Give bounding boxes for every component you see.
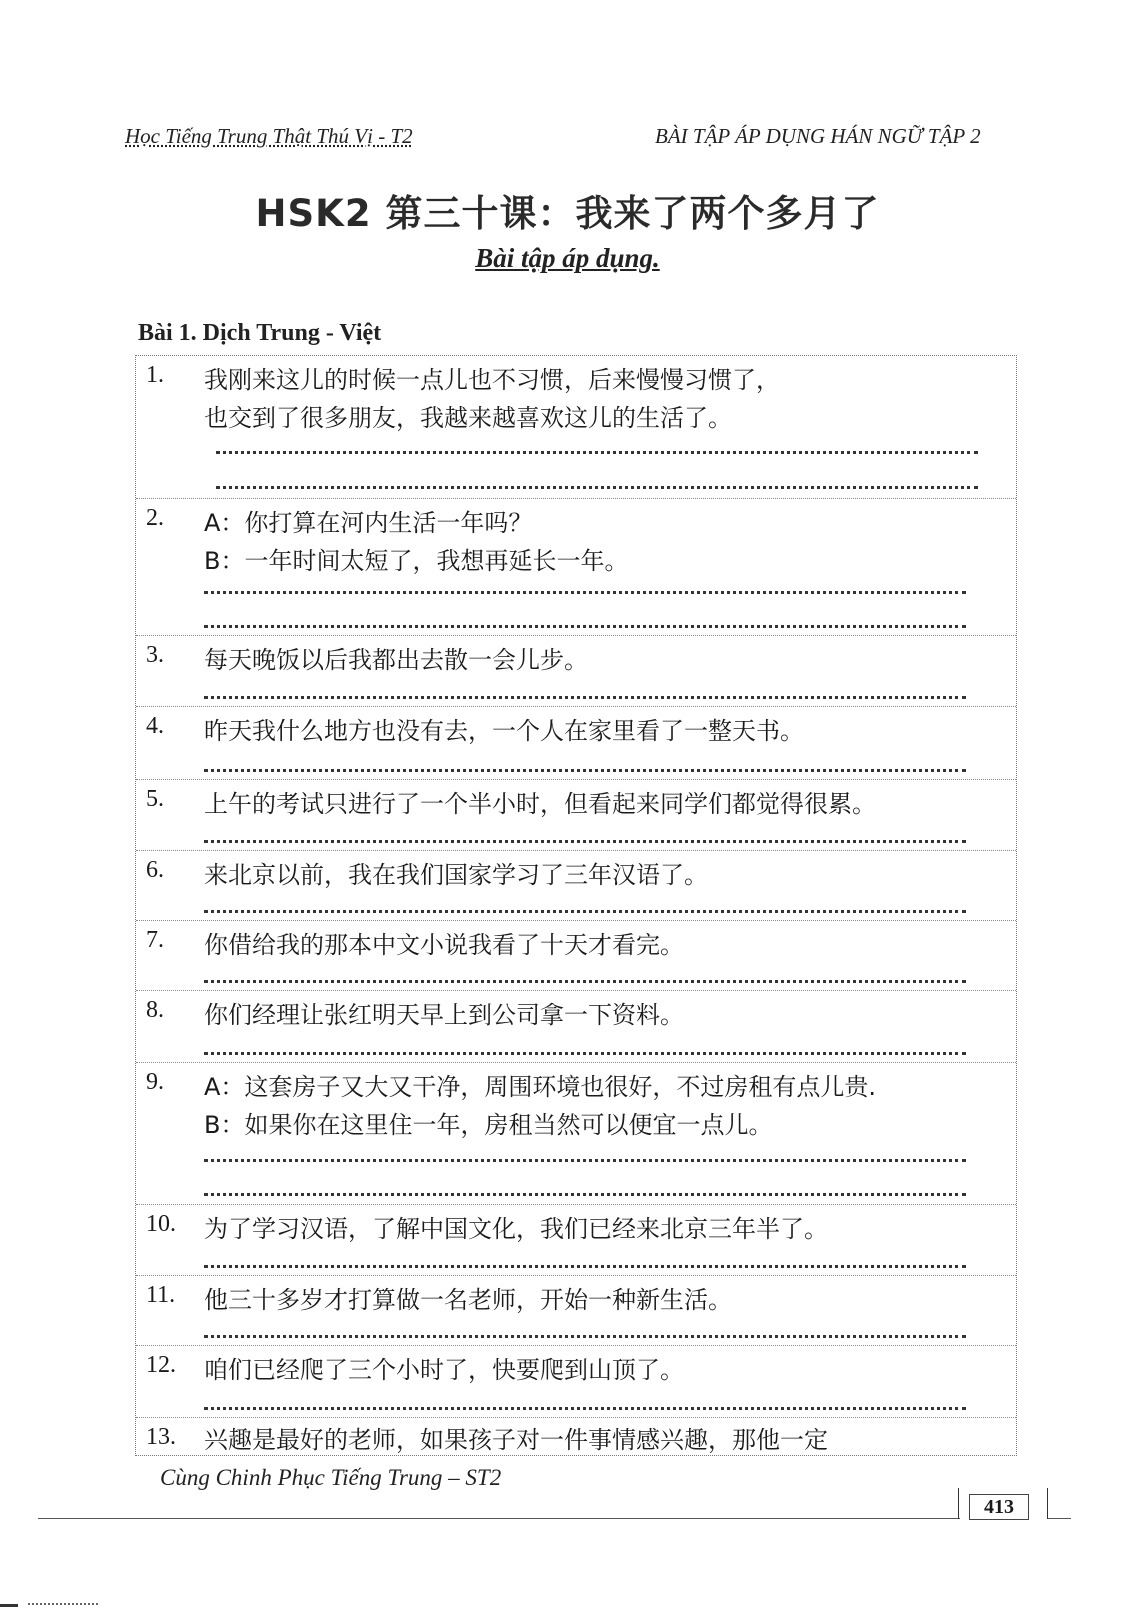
exercise-text: 咱们已经爬了三个小时了，快要爬到山顶了。 [204,1350,684,1385]
exercise-row-11: 11. 他三十多岁才打算做一名老师，开始一种新生活。 [136,1275,1016,1345]
exercise-row-10: 10. 为了学习汉语，了解中国文化，我们已经来北京三年半了。 [136,1204,1016,1275]
answer-line[interactable] [204,840,966,843]
answer-line[interactable] [216,451,978,454]
exercise-row-8: 8. 你们经理让张红明天早上到公司拿一下资料。 [136,990,1016,1062]
footer-rule [38,1518,960,1519]
exercise-number: 13. [146,1424,176,1451]
exercise-row-7: 7. 你借给我的那本中文小说我看了十天才看完。 [136,920,1016,990]
exercise-number: 10. [146,1211,176,1238]
exercise-text: 每天晚饭以后我都出去散一会儿步。 [204,640,588,675]
answer-line[interactable] [204,980,966,983]
exercise-row-13: 13. 兴趣是最好的老师，如果孩子对一件事情感兴趣，那他一定 [136,1417,1016,1455]
exercise-text: A：这套房子又大又干净，周围环境也很好，不过房租有点儿贵. [204,1067,876,1102]
answer-line[interactable] [204,1265,966,1268]
exercise-number: 2. [146,505,164,532]
page-number: 413 [969,1494,1029,1520]
exercise-text: 也交到了很多朋友，我越来越喜欢这儿的生活了。 [204,398,732,433]
exercise-row-6: 6. 来北京以前，我在我们国家学习了三年汉语了。 [136,850,1016,920]
answer-line[interactable] [204,910,966,913]
exercise-row-1: 1. 我刚来这儿的时候一点儿也不习惯，后来慢慢习惯了， 也交到了很多朋友，我越来… [136,356,1016,498]
exercise-text: 他三十多岁才打算做一名老师，开始一种新生活。 [204,1280,732,1315]
exercise-text: B：一年时间太短了，我想再延长一年。 [204,541,628,576]
exercise-text: 兴趣是最好的老师，如果孩子对一件事情感兴趣，那他一定 [204,1420,828,1455]
exercise-number: 6. [146,857,164,884]
answer-line[interactable] [204,1159,966,1162]
answer-line[interactable] [216,486,978,489]
answer-line[interactable] [204,769,966,772]
exercise-text: B：如果你在这里住一年，房租当然可以便宜一点儿。 [204,1105,772,1140]
exercise-row-5: 5. 上午的考试只进行了一个半小时，但看起来同学们都觉得很累。 [136,779,1016,850]
exercise-number: 11. [146,1282,175,1309]
exercise-text: 为了学习汉语，了解中国文化，我们已经来北京三年半了。 [204,1209,828,1244]
exercise-number: 8. [146,997,164,1024]
exercise-text: 上午的考试只进行了一个半小时，但看起来同学们都觉得很累。 [204,784,876,819]
exercise-text: 昨天我什么地方也没有去，一个人在家里看了一整天书。 [204,711,804,746]
answer-line[interactable] [204,696,966,699]
exercise-number: 5. [146,786,164,813]
answer-line[interactable] [204,1335,966,1338]
scan-artifact [28,1603,98,1609]
exercise-row-9: 9. A：这套房子又大又干净，周围环境也很好，不过房租有点儿贵. B：如果你在这… [136,1062,1016,1204]
exercise-row-3: 3. 每天晚饭以后我都出去散一会儿步。 [136,635,1016,706]
exercise-row-2: 2. A：你打算在河内生活一年吗？ B：一年时间太短了，我想再延长一年。 [136,498,1016,635]
footer-title: Cùng Chinh Phục Tiếng Trung – ST2 [160,1465,501,1491]
exercise-row-4: 4. 昨天我什么地方也没有去，一个人在家里看了一整天书。 [136,706,1016,779]
exercise-number: 1. [146,362,164,389]
exercise-text: 你借给我的那本中文小说我看了十天才看完。 [204,925,684,960]
exercise-text: 来北京以前，我在我们国家学习了三年汉语了。 [204,855,708,890]
exercise-text: 你们经理让张红明天早上到公司拿一下资料。 [204,995,684,1030]
footer-rule-right [1047,1518,1071,1519]
scan-artifact [0,1604,18,1607]
exercise-text: A：你打算在河内生活一年吗？ [204,503,532,538]
answer-line[interactable] [204,1407,966,1410]
running-header-left: Học Tiếng Trung Thật Thú Vị - T2 [125,124,413,149]
exercise-table: 1. 我刚来这儿的时候一点儿也不习惯，后来慢慢习惯了， 也交到了很多朋友，我越来… [135,355,1017,1456]
answer-line[interactable] [204,1052,966,1055]
exercise-text: 我刚来这儿的时候一点儿也不习惯，后来慢慢习惯了， [204,360,780,395]
exercise-number: 12. [146,1352,176,1379]
exercise-number: 4. [146,713,164,740]
answer-line[interactable] [204,1193,966,1196]
lesson-subtitle: Bài tập áp dụng. [0,243,1135,274]
exercise-number: 9. [146,1069,164,1096]
answer-line[interactable] [204,591,966,594]
lesson-title: HSK2 第三十课：我来了两个多月了 [0,183,1135,237]
exercise-row-12: 12. 咱们已经爬了三个小时了，快要爬到山顶了。 [136,1345,1016,1417]
running-header-right: BÀI TẬP ÁP DỤNG HÁN NGỮ TẬP 2 [655,124,981,149]
exercise-number: 3. [146,642,164,669]
exercise-number: 7. [146,927,164,954]
answer-line[interactable] [204,625,966,628]
section-title: Bài 1. Dịch Trung - Việt [138,320,381,347]
